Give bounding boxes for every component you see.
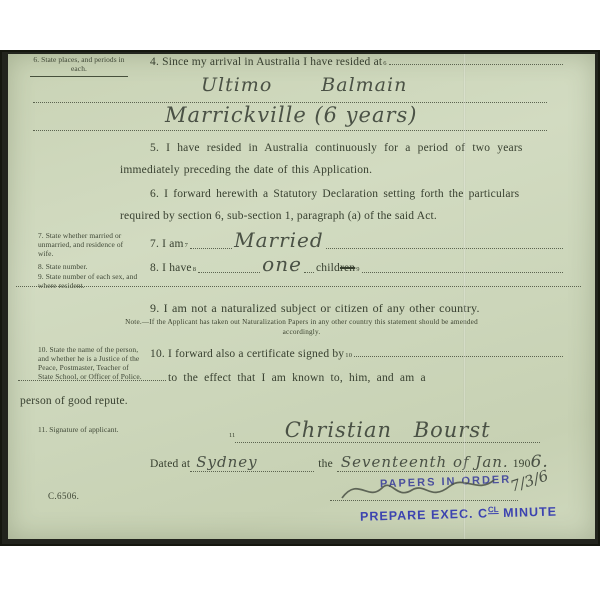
dated-prefix: Dated at (150, 458, 190, 470)
dated-year-printed: 190 (509, 458, 531, 470)
dated-place-line: Sydney (190, 453, 314, 472)
page-background: 6. State places, and periods in each. 7.… (0, 0, 600, 600)
item9-line: 9. I am not a naturalized subject or cit… (150, 301, 480, 316)
residence-handwriting-2: Marrickville (6 years) (33, 102, 547, 128)
item5-line1: 5. I have resided in Australia continuou… (150, 142, 523, 154)
item10-line2: to the effect that I am known to, him, a… (16, 372, 565, 384)
item10-line3: person of good repute. (20, 395, 128, 407)
item10-text: 10. I forward also a certificate signed … (150, 348, 344, 360)
item7-dots-right (326, 248, 563, 249)
margin-note-7: 7. State whether married or unmarried, a… (38, 232, 140, 259)
item7-footnote-ref: 7 (185, 242, 188, 249)
approval-signature-squiggle (338, 468, 498, 508)
form-number: C.6506. (48, 491, 79, 501)
naturalization-form-paper: 6. State places, and periods in each. 7.… (8, 54, 595, 539)
signature-dotted-line: Christian Bourst (235, 418, 540, 443)
item10-text2: to the effect that I am known to, him, a… (168, 372, 426, 384)
dated-the: the (314, 458, 337, 470)
note-line1: Note.—If the Applicant has taken out Nat… (125, 318, 478, 326)
item5-line2: immediately preceding the date of this A… (120, 164, 372, 176)
item10-dots (354, 356, 563, 357)
item9-answer-dotted-line (16, 272, 581, 287)
item4-dotted-line (389, 64, 563, 65)
margin-note-8: 8. State number. (38, 263, 140, 272)
item10-footnote-ref: 10 (345, 352, 352, 359)
item6-line2: required by section 6, sub-section 1, pa… (120, 210, 437, 222)
item4-footnote-ref: 6 (383, 60, 386, 67)
item10-dots-left2 (18, 380, 166, 381)
item7-handwriting: Married (234, 228, 324, 252)
item10-line1: 10. I forward also a certificate signed … (150, 348, 565, 360)
item7-text: 7. I am (150, 238, 184, 250)
item7-line: 7. I am7 Married (150, 228, 565, 252)
dated-place-handwriting: Sydney (196, 453, 257, 471)
residence-entry-line-2: Marrickville (6 years) (33, 102, 547, 131)
item9-note: Note.—If the Applicant has taken out Nat… (16, 318, 587, 337)
item4-line: 4. Since my arrival in Australia I have … (150, 56, 565, 68)
margin-note-11: 11. Signature of applicant. (38, 426, 136, 435)
item6-line1: 6. I forward herewith a Statutory Declar… (150, 188, 519, 200)
prepare-stamp-text-b: MINUTE (498, 505, 557, 521)
prepare-stamp-text-a: PREPARE EXEC. C (360, 506, 488, 523)
residence-entry-line-1: Ultimo Balmain (33, 70, 547, 103)
prepare-stamp-sup: CL (488, 505, 499, 514)
applicant-signature-handwriting: Christian Bourst (285, 418, 491, 442)
document-photo-frame: 6. State places, and periods in each. 7.… (0, 50, 600, 546)
signature-line: 11 Christian Bourst (228, 418, 540, 446)
item4-text: 4. Since my arrival in Australia I have … (150, 56, 382, 68)
note-line2: accordingly. (283, 328, 321, 336)
item7-dots-left (190, 248, 232, 249)
residence-handwriting-1: Ultimo Balmain (33, 70, 547, 100)
